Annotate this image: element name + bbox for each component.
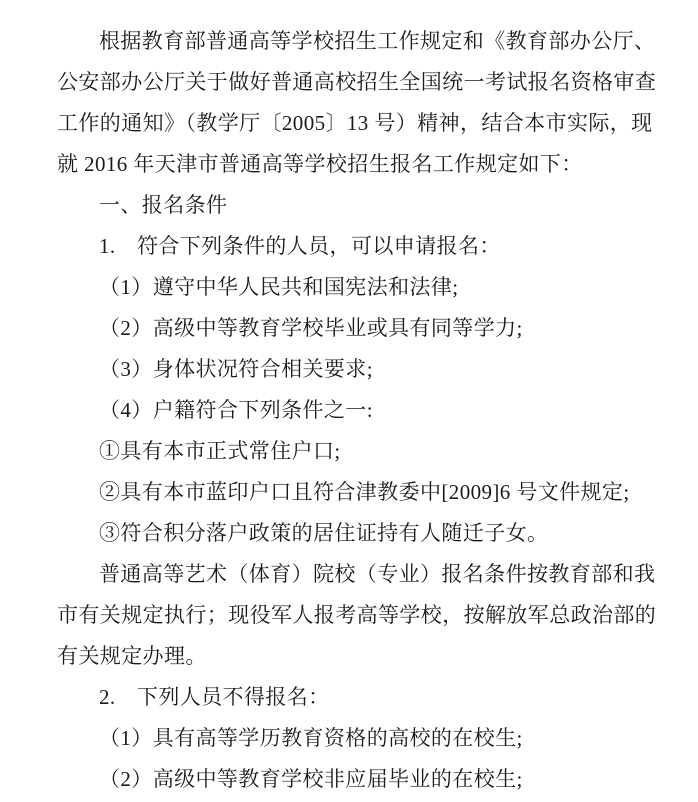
paragraph-hukou-option-3-line-1: ③符合积分落户政策的居住证持有人随迁子女。 bbox=[57, 513, 660, 554]
document-body: 根据教育部普通高等学校招生工作规定和《教育部办公厅、公安部办公厅关于做好普通高校… bbox=[0, 0, 698, 800]
paragraph-intro-line-2: 公安部办公厅关于做好普通高校招生全国统一考试报名资格审查 bbox=[57, 62, 660, 103]
paragraph-art-military-note-line-1: 普通高等艺术（体育）院校（专业）报名条件按教育部和我 bbox=[57, 554, 660, 595]
paragraph-hukou-option-2-line-1: ②具有本市蓝印户口且符合津教委中[2009]6 号文件规定; bbox=[57, 472, 660, 513]
paragraph-condition-3-line-1: （3）身体状况符合相关要求; bbox=[57, 349, 660, 390]
paragraph-condition-4-line-1: （4）户籍符合下列条件之一: bbox=[57, 390, 660, 431]
paragraph-intro-line-1: 根据教育部普通高等学校招生工作规定和《教育部办公厅、 bbox=[57, 21, 660, 62]
paragraph-art-military-note-line-2: 市有关规定执行；现役军人报考高等学校，按解放军总政治部的 bbox=[57, 595, 660, 636]
paragraph-intro-line-4: 就 2016 年天津市普通高等学校招生报名工作规定如下： bbox=[57, 144, 660, 185]
paragraph-excluded-2-line-1: （2）高级中等教育学校非应届毕业的在校生; bbox=[57, 759, 660, 800]
paragraph-condition-2-line-1: （2）高级中等教育学校毕业或具有同等学力; bbox=[57, 308, 660, 349]
paragraph-condition-1-line-1: （1）遵守中华人民共和国宪法和法律; bbox=[57, 267, 660, 308]
paragraph-excluded-1-line-1: （1）具有高等学历教育资格的高校的在校生; bbox=[57, 718, 660, 759]
paragraph-section-1-heading-line-1: 一、报名条件 bbox=[57, 185, 660, 226]
paragraph-clause-1-line-1: 1. 符合下列条件的人员，可以申请报名： bbox=[57, 226, 660, 267]
paragraph-hukou-option-1-line-1: ①具有本市正式常住户口; bbox=[57, 431, 660, 472]
paragraph-clause-2-line-1: 2. 下列人员不得报名： bbox=[57, 677, 660, 718]
paragraph-art-military-note-line-3: 有关规定办理。 bbox=[57, 636, 660, 677]
paragraph-intro-line-3: 工作的通知》（教学厅〔2005〕13 号）精神，结合本市实际，现 bbox=[57, 103, 660, 144]
document-page: 根据教育部普通高等学校招生工作规定和《教育部办公厅、公安部办公厅关于做好普通高校… bbox=[0, 0, 698, 802]
